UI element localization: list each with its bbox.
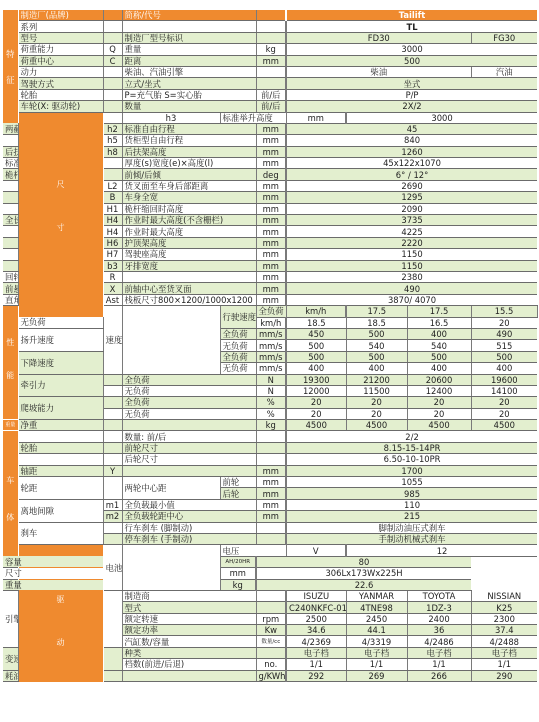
section-weight: 重量	[3, 420, 18, 431]
abbr-header: 简称/代号	[122, 10, 256, 21]
row-model: 型号制造厂型号标识 FD30FG30	[3, 32, 537, 43]
row-clearance-m1: 离地间隙m1 全负载最小值mm 110	[3, 499, 537, 510]
row-series: 系列 TL	[3, 21, 537, 32]
row-tyres: 轮胎P=充气胎 S=实心胎前/后 P/P	[3, 89, 537, 100]
row-battery-voltage: 驱动 电池 电压V 12	[3, 545, 537, 556]
section-performance: 性能	[3, 306, 18, 420]
section-chassis: 车体	[3, 431, 18, 556]
row-brake-service: 刹车 行车刹车 (脚制动) 脚制动油压式刹车	[3, 522, 537, 533]
spec-table: 特征 制造厂(品牌) 简称/代号 Tailift 系列 TL 型号制造厂型号标识…	[3, 10, 537, 682]
row-capacity: 荷重能力Q重量kg 3000	[3, 44, 537, 55]
row-lower-full: 下降速度 全负荷mm/s 500500500500	[3, 351, 537, 362]
manufacturer-header: 制造厂(品牌)	[18, 10, 103, 21]
row-net-weight: 重量 净重 kg 4500450045004500	[3, 420, 537, 431]
row-battery-size: 尺寸mm 306Lx173Wx225H	[3, 568, 537, 579]
row-drawbar-full: 牵引力 全负荷N 19300212002060019600	[3, 374, 537, 385]
row-travel-empty: 无负荷km/h 18.518.516.520	[3, 317, 537, 328]
section-features: 特征	[3, 10, 18, 123]
row-grade-full: 爬坡能力 全负荷% 20202020	[3, 397, 537, 408]
row-tread-front: 轮距 两轮中心距 前轮mm 1055	[3, 477, 537, 488]
row-wheels: 车轮(X: 驱动轮)数量前/后 2X/2	[3, 101, 537, 112]
row-drive-mode: 驾驶方式立式/坐式 坐式	[3, 78, 537, 89]
brand-name: Tailift	[286, 10, 537, 21]
row-power: 动力柴油、汽油引擎 柴油汽油	[3, 66, 537, 77]
row-load-center: 荷重中心C距离mm 500	[3, 55, 537, 66]
row-h3: 尺寸 h3标准举升高度mm 3000	[3, 112, 537, 123]
row-tyre-count: 车体 数量: 前/后 2/2	[3, 431, 537, 442]
header-row: 特征 制造厂(品牌) 简称/代号 Tailift	[3, 10, 537, 21]
row-battery-weight: 重量kg 22.6	[3, 579, 537, 590]
section-dimensions: 尺寸	[18, 112, 103, 317]
row-battery-capacity: 容量AH/20HR 80	[3, 556, 537, 567]
row-lift-full: 扬升速度 全负荷mm/s 450500400490	[3, 328, 537, 339]
row-tyre-rear: 后轮尺寸 6.50-10-10PR	[3, 454, 537, 465]
row-wheelbase: 轴距Y mm 1700	[3, 465, 537, 476]
row-tyre-front: 轮胎 前轮尺寸 8.15-15-14PR	[3, 442, 537, 453]
